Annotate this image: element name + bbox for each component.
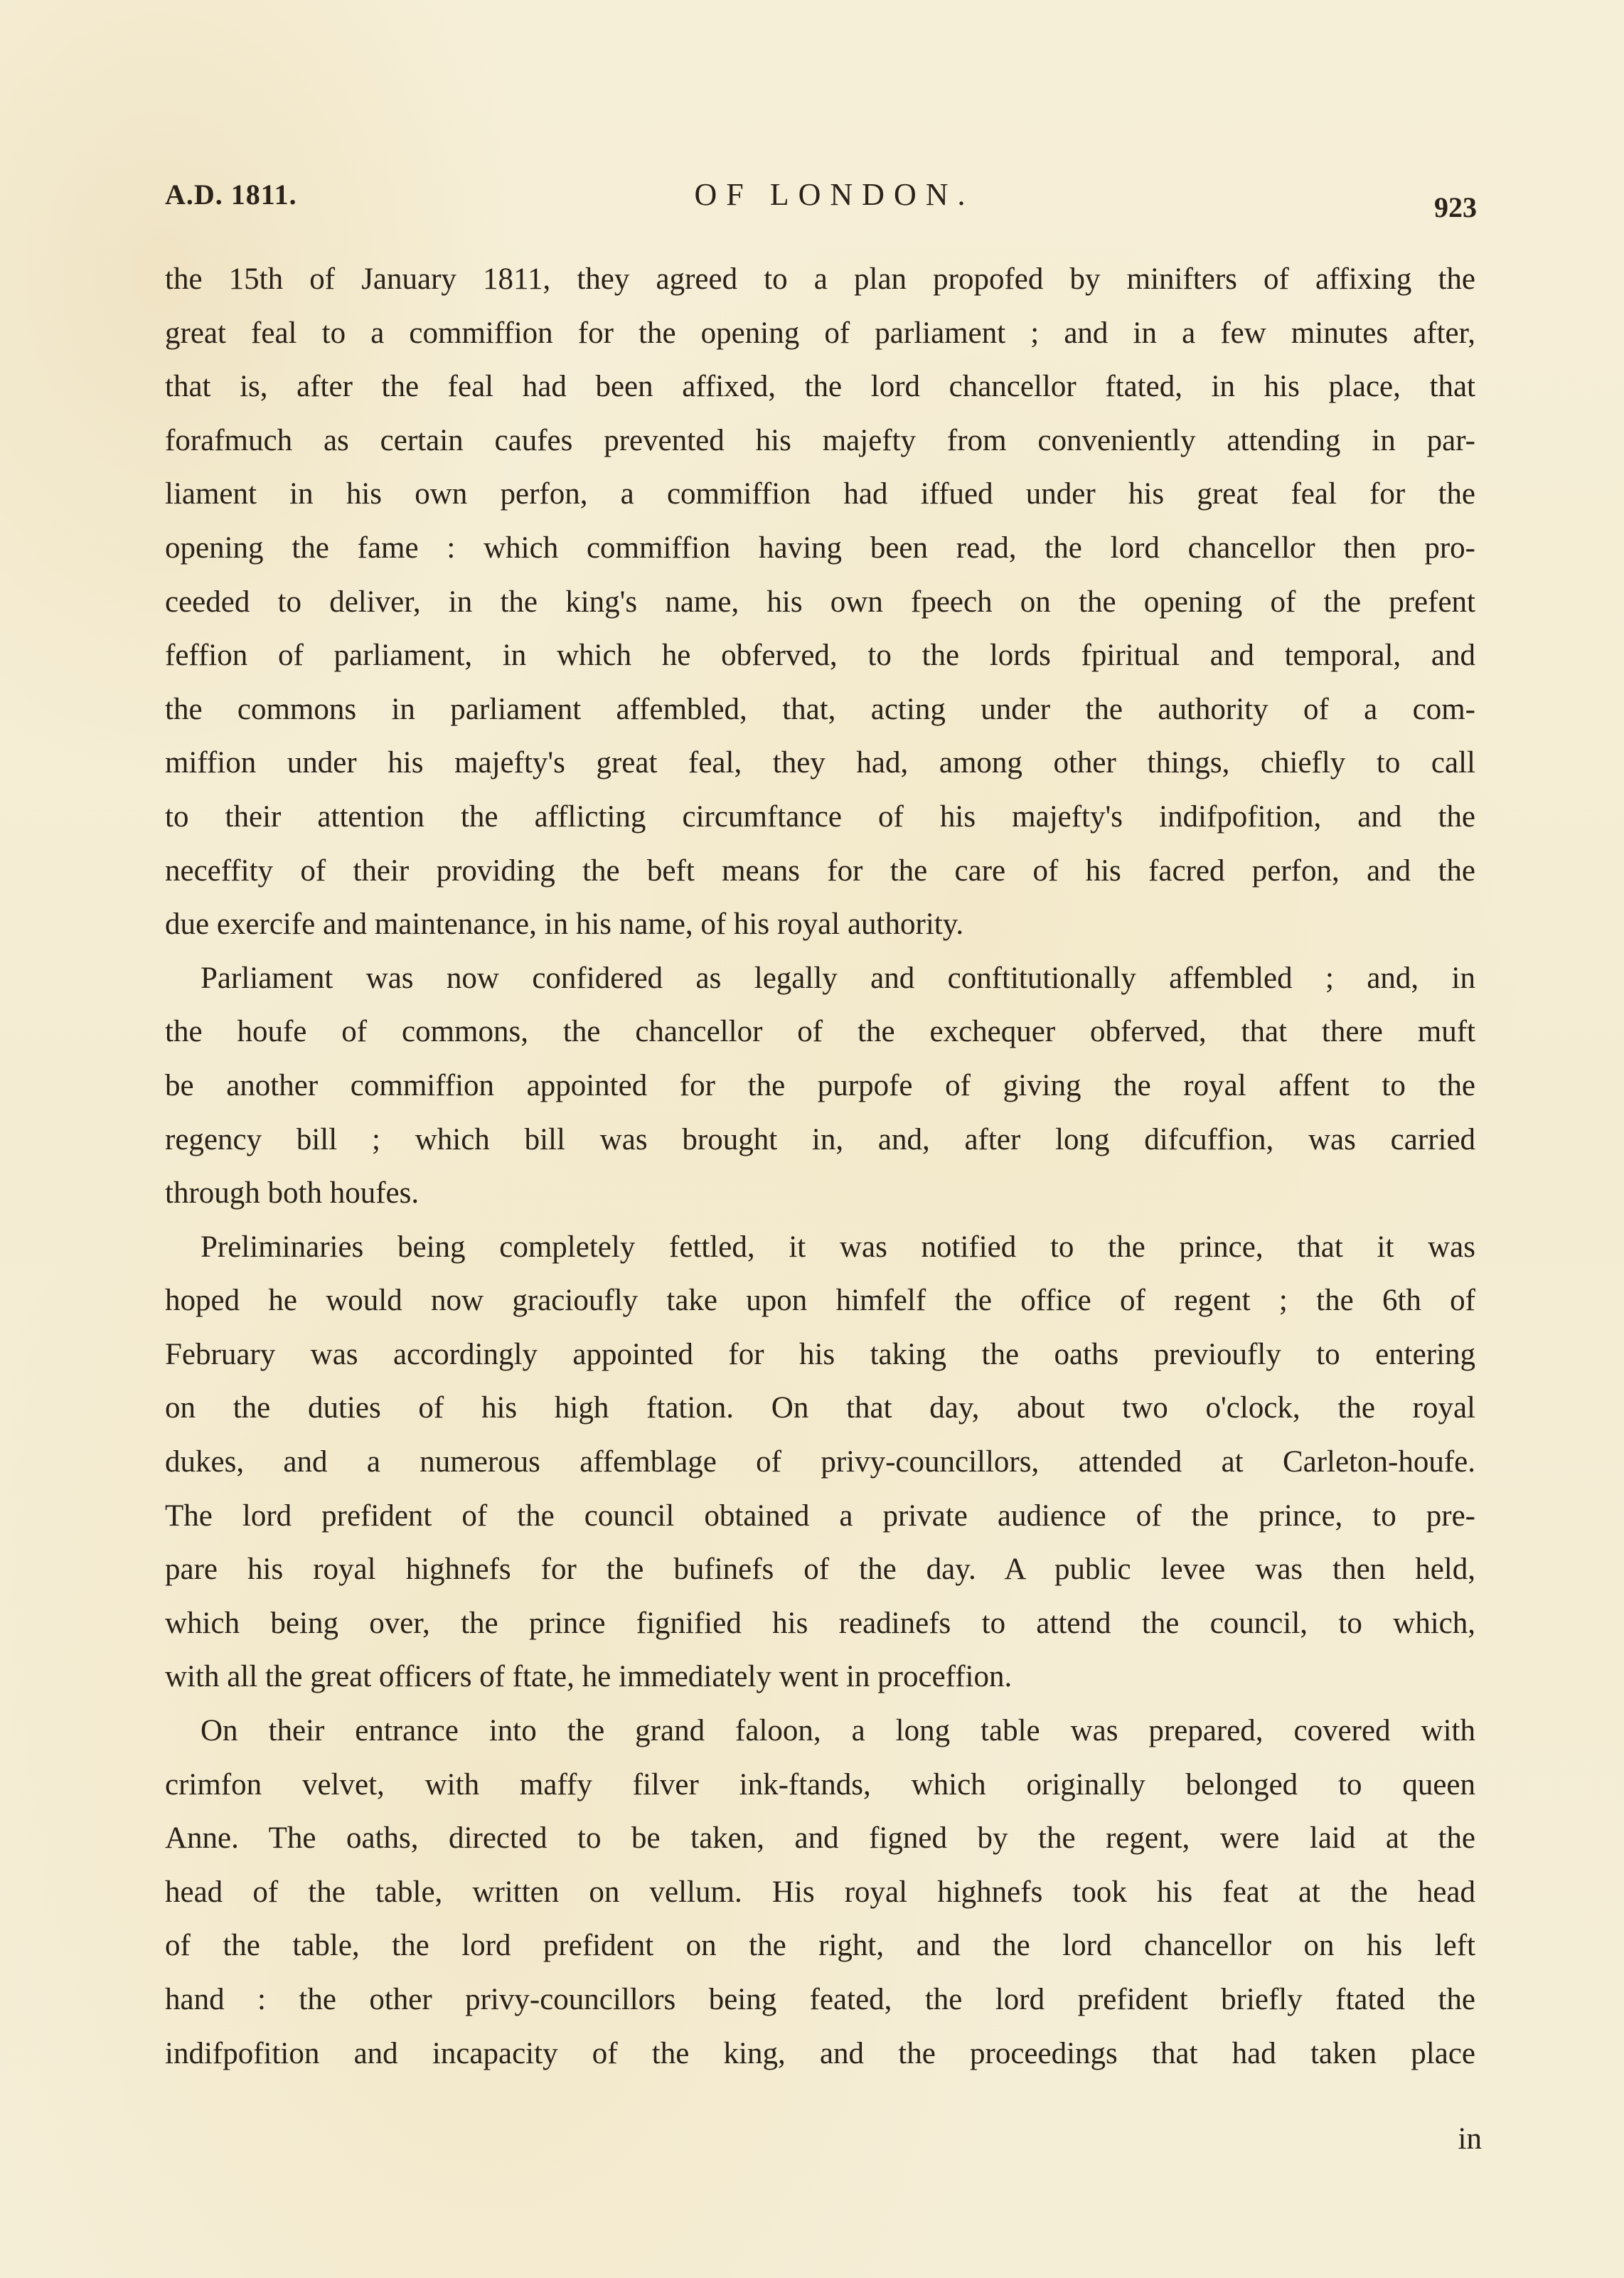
text-line: due exercife and maintenance, in his nam… [165, 898, 1475, 952]
body-text: the 15th of January 1811, they agreed to… [165, 252, 1475, 2080]
text-line: great feal to a commiffion for the openi… [165, 307, 1475, 361]
text-line: Parliament was now confidered as legally… [165, 952, 1475, 1006]
book-page: A.D. 1811. OF LONDON. 923 the 15th of Ja… [0, 0, 1624, 2278]
text-line: dukes, and a numerous affemblage of priv… [165, 1435, 1475, 1489]
text-line: that is, after the feal had been affixed… [165, 360, 1475, 414]
text-line: the houfe of commons, the chancellor of … [165, 1005, 1475, 1059]
text-line: neceffity of their providing the beft me… [165, 844, 1475, 898]
text-line: opening the fame : which commiffion havi… [165, 521, 1475, 575]
text-line: hoped he would now gracioufly take upon … [165, 1274, 1475, 1328]
text-line: to their attention the afflicting circum… [165, 790, 1475, 844]
text-line: which being over, the prince fignified h… [165, 1597, 1475, 1651]
text-line: February was accordingly appointed for h… [165, 1328, 1475, 1382]
text-line: liament in his own perfon, a commiffion … [165, 467, 1475, 521]
text-line: regency bill ; which bill was brought in… [165, 1113, 1475, 1167]
text-line: through both houfes. [165, 1166, 1475, 1220]
running-head-title: OF LONDON. [165, 176, 1475, 213]
text-line: pare his royal highnefs for the bufinefs… [165, 1543, 1475, 1597]
running-head: A.D. 1811. OF LONDON. 923 [165, 169, 1475, 219]
paragraph: the 15th of January 1811, they agreed to… [165, 252, 1475, 952]
text-line: be another commiffion appointed for the … [165, 1059, 1475, 1113]
text-line: The lord prefident of the council obtain… [165, 1489, 1475, 1543]
text-line: feffion of parliament, in which he obfer… [165, 629, 1475, 683]
paragraph: Parliament was now confidered as legally… [165, 952, 1475, 1220]
text-line: hand : the other privy-councillors being… [165, 1973, 1475, 2027]
paragraph: On their entrance into the grand faloon,… [165, 1704, 1475, 2080]
text-line: Anne. The oaths, directed to be taken, a… [165, 1811, 1475, 1865]
catchword: in [1458, 2122, 1482, 2156]
text-line: of the table, the lord prefident on the … [165, 1919, 1475, 1973]
text-line: the commons in parliament affembled, tha… [165, 683, 1475, 737]
text-line: indifpofition and incapacity of the king… [165, 2027, 1475, 2081]
text-line: forafmuch as certain caufes prevented hi… [165, 414, 1475, 468]
paragraph: Preliminaries being completely fettled, … [165, 1220, 1475, 1704]
text-line: on the duties of his high ftation. On th… [165, 1381, 1475, 1435]
text-line: ceeded to deliver, in the king's name, h… [165, 575, 1475, 629]
page-number: 923 [1434, 191, 1477, 224]
text-line: On their entrance into the grand faloon,… [165, 1704, 1475, 1758]
text-line: Preliminaries being completely fettled, … [165, 1220, 1475, 1274]
text-line: with all the great officers of ftate, he… [165, 1650, 1475, 1704]
text-line: crimfon velvet, with maffy filver ink-ft… [165, 1758, 1475, 1812]
text-line: head of the table, written on vellum. Hi… [165, 1865, 1475, 1920]
text-line: miffion under his majefty's great feal, … [165, 736, 1475, 790]
text-line: the 15th of January 1811, they agreed to… [165, 252, 1475, 307]
